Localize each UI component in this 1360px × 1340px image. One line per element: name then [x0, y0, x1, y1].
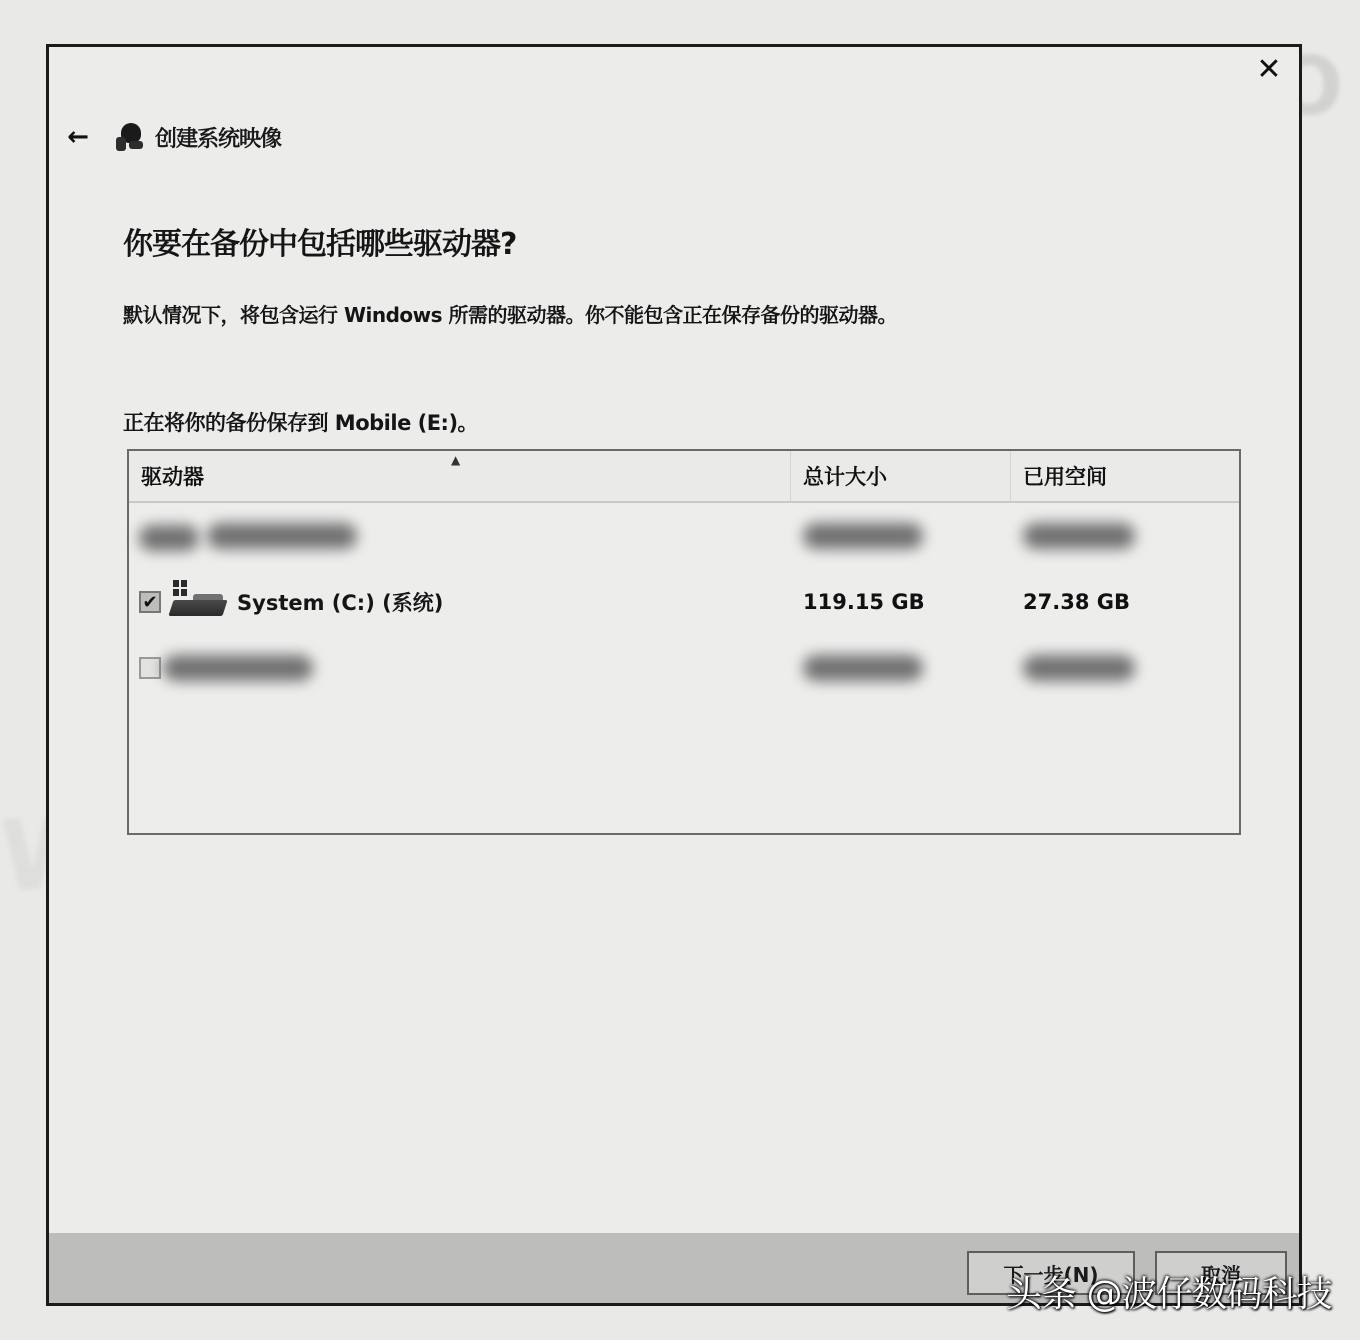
redacted-drive-icon — [139, 525, 199, 551]
drive-list-table: 驱动器 ▲ 总计大小 已用空间 — [127, 449, 1241, 835]
drive-cell: ✔ System (C:) (系统) — [129, 569, 791, 635]
back-button[interactable]: ← — [61, 120, 95, 154]
table-row[interactable] — [129, 503, 1239, 569]
include-drive-checkbox[interactable]: ✔ — [139, 591, 161, 613]
table-row[interactable] — [129, 635, 1239, 701]
table-header: 驱动器 ▲ 总计大小 已用空间 — [129, 451, 1239, 503]
close-button[interactable]: ✕ — [1251, 51, 1287, 87]
dialog-nav-row: ← 创建系统映像 — [61, 117, 281, 157]
redacted-value — [803, 655, 923, 681]
total-size-cell — [791, 655, 1011, 681]
page-description: 默认情况下，将包含运行 Windows 所需的驱动器。你不能包含正在保存备份的驱… — [123, 299, 897, 328]
total-size-cell — [791, 523, 1011, 549]
column-header-drive[interactable]: 驱动器 ▲ — [129, 451, 791, 501]
watermark-text: 头条 @波仔数码科技 — [1006, 1266, 1331, 1317]
column-header-used-space[interactable]: 已用空间 — [1011, 451, 1239, 501]
windows-system-drive-icon — [171, 580, 227, 624]
redacted-drive-name — [163, 655, 313, 681]
drive-cell — [129, 503, 791, 569]
redacted-value — [1023, 523, 1135, 549]
column-header-label: 已用空间 — [1023, 461, 1107, 491]
used-space-cell: 27.38 GB — [1011, 590, 1239, 614]
backup-target-label: 正在将你的备份保存到 Mobile (E:)。 — [123, 407, 478, 437]
used-space-cell — [1011, 655, 1239, 681]
include-drive-checkbox[interactable] — [139, 657, 161, 679]
drive-name: System (C:) (系统) — [237, 587, 443, 617]
check-mark-icon: ✔ — [142, 592, 157, 613]
column-header-label: 总计大小 — [803, 461, 887, 491]
sort-ascending-icon: ▲ — [451, 453, 460, 467]
redacted-value — [1023, 655, 1135, 681]
total-size-cell: 119.15 GB — [791, 590, 1011, 614]
redacted-drive-name — [207, 523, 357, 549]
table-row[interactable]: ✔ System (C:) (系统) 119.15 GB 27.38 GB — [129, 569, 1239, 635]
page-heading: 你要在备份中包括哪些驱动器? — [123, 219, 516, 263]
create-system-image-dialog: ✕ ← 创建系统映像 你要在备份中包括哪些驱动器? 默认情况下，将包含运行 Wi… — [46, 44, 1302, 1306]
drive-cell — [129, 635, 791, 701]
used-space-cell — [1011, 523, 1239, 549]
column-header-label: 驱动器 — [141, 461, 204, 491]
redacted-value — [803, 523, 923, 549]
column-header-total-size[interactable]: 总计大小 — [791, 451, 1011, 501]
back-arrow-icon: ← — [67, 122, 89, 152]
dialog-title: 创建系统映像 — [155, 122, 281, 153]
system-image-backup-icon — [115, 121, 147, 153]
table-body: ✔ System (C:) (系统) 119.15 GB 27.38 GB — [129, 503, 1239, 701]
close-icon: ✕ — [1256, 52, 1281, 87]
